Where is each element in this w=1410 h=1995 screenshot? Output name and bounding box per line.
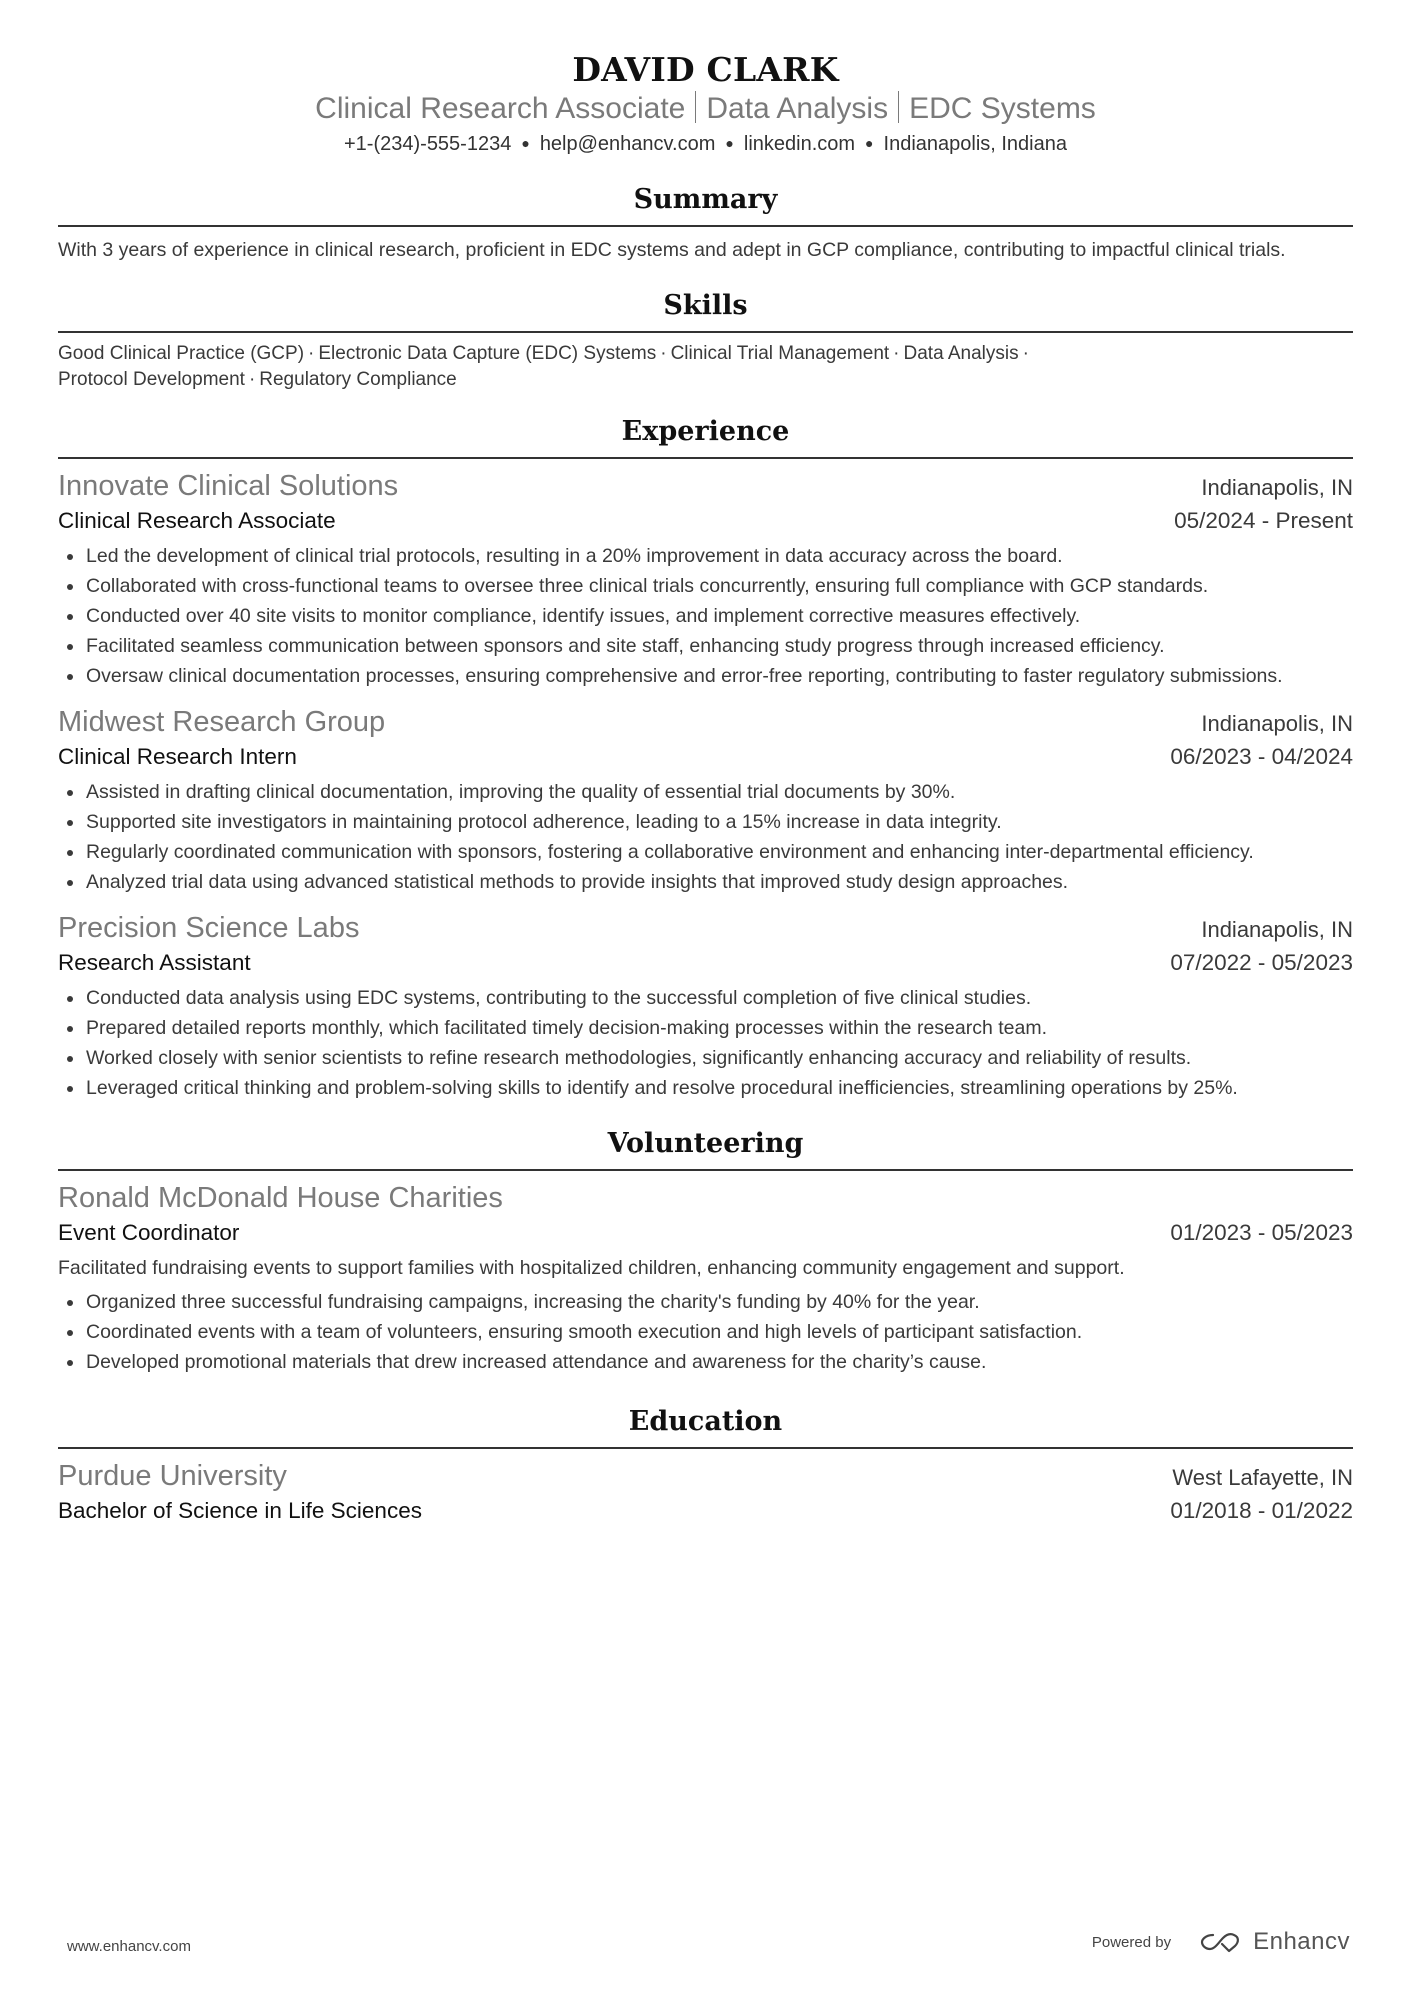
powered-by-label: Powered by — [1092, 1934, 1171, 1951]
achievement-item: Facilitated seamless communication betwe… — [58, 631, 1353, 661]
skill-item: Data Analysis — [904, 343, 1019, 364]
enhancv-logo-icon — [1199, 1930, 1245, 1954]
education-section: Education Purdue UniversityWest Lafayett… — [58, 1405, 1353, 1527]
organization-name: Ronald McDonald House Charities — [58, 1179, 503, 1217]
skill-item: Regulatory Compliance — [259, 369, 457, 390]
bullet-separator: ● — [725, 135, 733, 151]
brand-name: Enhancv — [1253, 1928, 1350, 1956]
headline-divider — [898, 91, 899, 123]
volunteering-section: Volunteering Ronald McDonald House Chari… — [58, 1127, 1353, 1377]
headline: Clinical Research AssociateData Analysis… — [58, 90, 1353, 128]
section-title-experience: Experience — [58, 415, 1353, 459]
achievement-item: Assisted in drafting clinical documentat… — [58, 777, 1353, 807]
entry-location: Indianapolis, IN — [1201, 473, 1353, 503]
entry-location: Indianapolis, IN — [1201, 709, 1353, 739]
degree: Bachelor of Science in Life Sciences — [58, 1495, 422, 1527]
experience-entry: Midwest Research GroupIndianapolis, IN C… — [58, 703, 1353, 897]
skill-item: Electronic Data Capture (EDC) Systems — [318, 343, 656, 364]
section-title-volunteering: Volunteering — [58, 1127, 1353, 1171]
entry-dates: 06/2023 - 04/2024 — [1170, 741, 1353, 773]
achievement-item: Conducted over 40 site visits to monitor… — [58, 601, 1353, 631]
candidate-name: DAVID CLARK — [58, 50, 1353, 90]
achievement-item: Oversaw clinical documentation processes… — [58, 661, 1353, 691]
resume-header: DAVID CLARK Clinical Research AssociateD… — [58, 0, 1353, 157]
achievement-list: Assisted in drafting clinical documentat… — [58, 777, 1353, 897]
headline-item: Data Analysis — [706, 92, 888, 125]
volunteering-entry: Ronald McDonald House Charities Event Co… — [58, 1179, 1353, 1377]
job-title: Research Assistant — [58, 947, 251, 979]
volunteer-role: Event Coordinator — [58, 1217, 239, 1249]
entry-dates: 07/2022 - 05/2023 — [1170, 947, 1353, 979]
achievement-item: Regularly coordinated communication with… — [58, 837, 1353, 867]
entry-location: West Lafayette, IN — [1172, 1463, 1353, 1493]
skills-list: Good Clinical Practice (GCP)·Electronic … — [58, 341, 1353, 393]
entry-location: Indianapolis, IN — [1201, 915, 1353, 945]
job-title: Clinical Research Associate — [58, 505, 336, 537]
volunteer-description: Facilitated fundraising events to suppor… — [58, 1253, 1353, 1283]
skill-item: Protocol Development — [58, 369, 245, 390]
achievement-item: Led the development of clinical trial pr… — [58, 541, 1353, 571]
section-title-education: Education — [58, 1405, 1353, 1449]
achievement-item: Analyzed trial data using advanced stati… — [58, 867, 1353, 897]
achievement-item: Conducted data analysis using EDC system… — [58, 983, 1353, 1013]
footer-branding[interactable]: Powered by Enhancv — [1092, 1928, 1350, 1956]
email-link[interactable]: help@enhancv.com — [540, 133, 716, 155]
skill-item: Good Clinical Practice (GCP) — [58, 343, 304, 364]
education-entry: Purdue UniversityWest Lafayette, IN Bach… — [58, 1457, 1353, 1527]
achievement-item: Prepared detailed reports monthly, which… — [58, 1013, 1353, 1043]
experience-section: Experience Innovate Clinical SolutionsIn… — [58, 415, 1353, 1103]
entry-dates: 01/2018 - 01/2022 — [1170, 1495, 1353, 1527]
company-name: Precision Science Labs — [58, 909, 359, 947]
headline-item: EDC Systems — [909, 92, 1096, 125]
achievement-item: Leveraged critical thinking and problem-… — [58, 1073, 1353, 1103]
achievement-item: Worked closely with senior scientists to… — [58, 1043, 1353, 1073]
achievement-item: Coordinated events with a team of volunt… — [58, 1317, 1353, 1347]
section-title-skills: Skills — [58, 289, 1353, 333]
entry-dates: 01/2023 - 05/2023 — [1170, 1217, 1353, 1249]
achievement-item: Organized three successful fundraising c… — [58, 1287, 1353, 1317]
bullet-separator: ● — [521, 135, 529, 151]
achievement-list: Led the development of clinical trial pr… — [58, 541, 1353, 691]
achievement-item: Developed promotional materials that dre… — [58, 1347, 1353, 1377]
school-name: Purdue University — [58, 1457, 287, 1495]
summary-text: With 3 years of experience in clinical r… — [58, 235, 1353, 265]
phone: +1-(234)-555-1234 — [344, 133, 511, 155]
headline-divider — [695, 91, 696, 123]
resume-page: DAVID CLARK Clinical Research AssociateD… — [58, 0, 1353, 1527]
achievement-list: Conducted data analysis using EDC system… — [58, 983, 1353, 1103]
achievement-item: Collaborated with cross-functional teams… — [58, 571, 1353, 601]
entry-dates: 05/2024 - Present — [1174, 505, 1353, 537]
contact-line: +1-(234)-555-1234●help@enhancv.com●linke… — [58, 130, 1353, 157]
location: Indianapolis, Indiana — [884, 133, 1067, 155]
achievement-item: Supported site investigators in maintain… — [58, 807, 1353, 837]
job-title: Clinical Research Intern — [58, 741, 297, 773]
experience-entry: Innovate Clinical SolutionsIndianapolis,… — [58, 467, 1353, 691]
linkedin-link[interactable]: linkedin.com — [744, 133, 855, 155]
bullet-separator: ● — [865, 135, 873, 151]
skills-section: Skills Good Clinical Practice (GCP)·Elec… — [58, 289, 1353, 393]
headline-item: Clinical Research Associate — [315, 92, 685, 125]
skill-item: Clinical Trial Management — [671, 343, 890, 364]
experience-entry: Precision Science LabsIndianapolis, IN R… — [58, 909, 1353, 1103]
section-title-summary: Summary — [58, 183, 1353, 227]
achievement-list: Organized three successful fundraising c… — [58, 1287, 1353, 1377]
footer-website-link[interactable]: www.enhancv.com — [67, 1938, 191, 1955]
company-name: Innovate Clinical Solutions — [58, 467, 398, 505]
company-name: Midwest Research Group — [58, 703, 385, 741]
summary-section: Summary With 3 years of experience in cl… — [58, 183, 1353, 265]
